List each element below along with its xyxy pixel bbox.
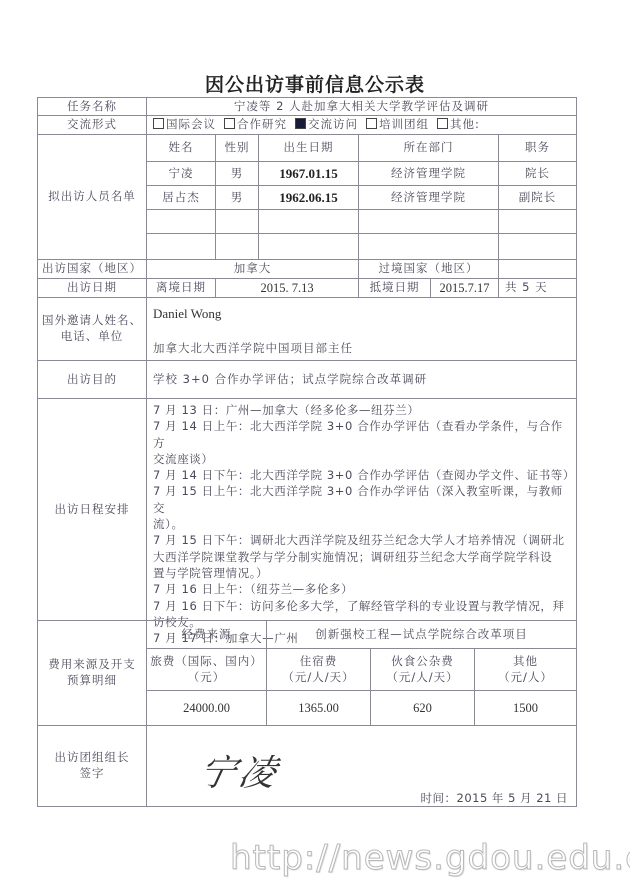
schedule-line: 置与学院管理情况。） [153,565,570,581]
checkbox-icon[interactable] [224,118,235,129]
signature-date: 时间：2015 年 5 月 21 日 [421,790,569,806]
inviter-label-line1: 国外邀请人姓名、 [42,313,142,329]
total-days: 共 5 天 [498,278,577,298]
depart-label: 离境日期 [146,278,216,298]
budget-header-other: 其他 （元/人） [474,648,577,691]
country-label: 出访国家（地区） [37,259,147,279]
schedule-label: 出访日程安排 [37,398,147,621]
page-title: 因公出访事前信息公示表 [0,70,630,97]
col-header-birthdate: 出生日期 [258,134,359,162]
inviter-label-line2: 电话、单位 [61,329,124,345]
budget-header-travel: 旅费（国际、国内） （元） [146,648,267,691]
table-cell: 院长 [498,161,577,186]
budget-label-line2: 预算明细 [67,673,117,689]
col-header-department: 所在部门 [358,134,499,162]
inviter-org: 加拿大北大西洋学院中国项目部主任 [153,340,570,356]
signature-label: 出访团组组长 签字 [37,725,147,807]
budget-value-travel: 24000.00 [146,690,267,726]
schedule-line: 7 月 15 日下午：调研北大西洋学院及纽芬兰纪念大学人才培养情况（调研北 [153,532,570,548]
handwritten-signature: 宁凌 [195,745,286,796]
option-training-group[interactable]: 培训团组 [362,117,429,133]
inviter-name: Daniel Wong [153,306,570,322]
source-label: 经费来源 [146,620,267,649]
table-cell: 宁凌 [146,161,216,186]
inviter-value: Daniel Wong 加拿大北大西洋学院中国项目部主任 [146,297,577,361]
col-header-gender: 性别 [215,134,259,162]
country-value: 加拿大 [146,259,359,279]
arrive-label: 抵境日期 [358,278,431,298]
checkbox-icon[interactable] [153,118,164,129]
option-exchange-visit[interactable]: 交流访问 [291,117,358,133]
budget-label: 费用来源及开支 预算明细 [37,620,147,726]
table-cell [146,209,216,234]
schedule-line: 7 月 16 日上午：（纽芬兰—多伦多） [153,581,570,597]
col-header-position: 职务 [498,134,577,162]
table-cell: 居占杰 [146,185,216,210]
table-cell [498,209,577,234]
schedule-line: 流）。 [153,516,570,532]
task-label: 任务名称 [37,97,147,116]
schedule-line: 7 月 13 日：广州—加拿大（经多伦多—纽芬兰） [153,402,570,418]
schedule-line: 7 月 15 日上午：北大西洋学院 3+0 合作办学评估（深入教室听课，与教师交 [153,483,570,516]
table-cell: 经济管理学院 [358,161,499,186]
personnel-label: 拟出访人员名单 [37,134,147,260]
col-header-name: 姓名 [146,134,216,162]
table-cell: 经济管理学院 [358,185,499,210]
exchange-options: 国际会议 合作研究 交流访问 培训团组 其他: [146,115,577,135]
watermark-url: http://news.gdou.edu.cn [230,838,630,878]
budget-value-meals: 620 [370,690,475,726]
checkbox-icon[interactable] [437,118,448,129]
arrive-value: 2015.7.17 [430,278,499,298]
option-cooperative-research[interactable]: 合作研究 [220,117,287,133]
source-value: 创新强校工程—试点学院综合改革项目 [266,620,577,649]
table-cell: 副院长 [498,185,577,210]
schedule-content: 7 月 13 日：广州—加拿大（经多伦多—纽芬兰） 7 月 14 日上午：北大西… [146,398,577,621]
schedule-line: 大西洋学院课堂教学与学分制实施情况；调研纽芬兰纪念大学商学院学科设 [153,549,570,565]
table-cell [258,233,359,260]
budget-label-line1: 费用来源及开支 [48,657,136,673]
table-cell: 1967.01.15 [258,161,359,186]
option-other[interactable]: 其他: [433,117,480,133]
budget-value-other: 1500 [474,690,577,726]
table-cell [358,233,499,260]
table-cell: 男 [215,161,259,186]
table-cell [215,209,259,234]
table-cell [358,209,499,234]
exchange-label: 交流形式 [37,115,147,135]
budget-value-lodging: 1365.00 [266,690,371,726]
table-cell: 1962.06.15 [258,185,359,210]
table-cell [146,233,216,260]
schedule-line: 7 月 14 日下午：北大西洋学院 3+0 合作办学评估（查阅办学文件、证书等） [153,467,570,483]
transit-value [498,259,577,279]
purpose-value: 学校 3+0 合作办学评估；试点学院综合改革调研 [146,360,577,399]
schedule-line: 交流座谈） [153,451,570,467]
table-cell [258,209,359,234]
table-cell [498,233,577,260]
inviter-label: 国外邀请人姓名、 电话、单位 [37,297,147,361]
table-cell [215,233,259,260]
table-cell: 男 [215,185,259,210]
budget-header-lodging: 住宿费 （元/人/天） [266,648,371,691]
task-value: 宁凌等 2 人赴加拿大相关大学教学评估及调研 [146,97,577,116]
schedule-line: 7 月 16 日下午：访问多伦多大学，了解经管学科的专业设置与教学情况，拜 [153,598,570,614]
dates-label: 出访日期 [37,278,147,298]
schedule-line: 7 月 14 日上午：北大西洋学院 3+0 合作办学评估（查看办学条件，与合作方 [153,418,570,451]
budget-header-meals: 伙食公杂费 （元/人/天） [370,648,475,691]
checkbox-icon[interactable] [366,118,377,129]
depart-value: 2015. 7.13 [215,278,359,298]
purpose-label: 出访目的 [37,360,147,399]
option-international-conference[interactable]: 国际会议 [149,117,216,133]
transit-label: 过境国家（地区） [358,259,499,279]
checkbox-checked-icon[interactable] [295,118,306,129]
